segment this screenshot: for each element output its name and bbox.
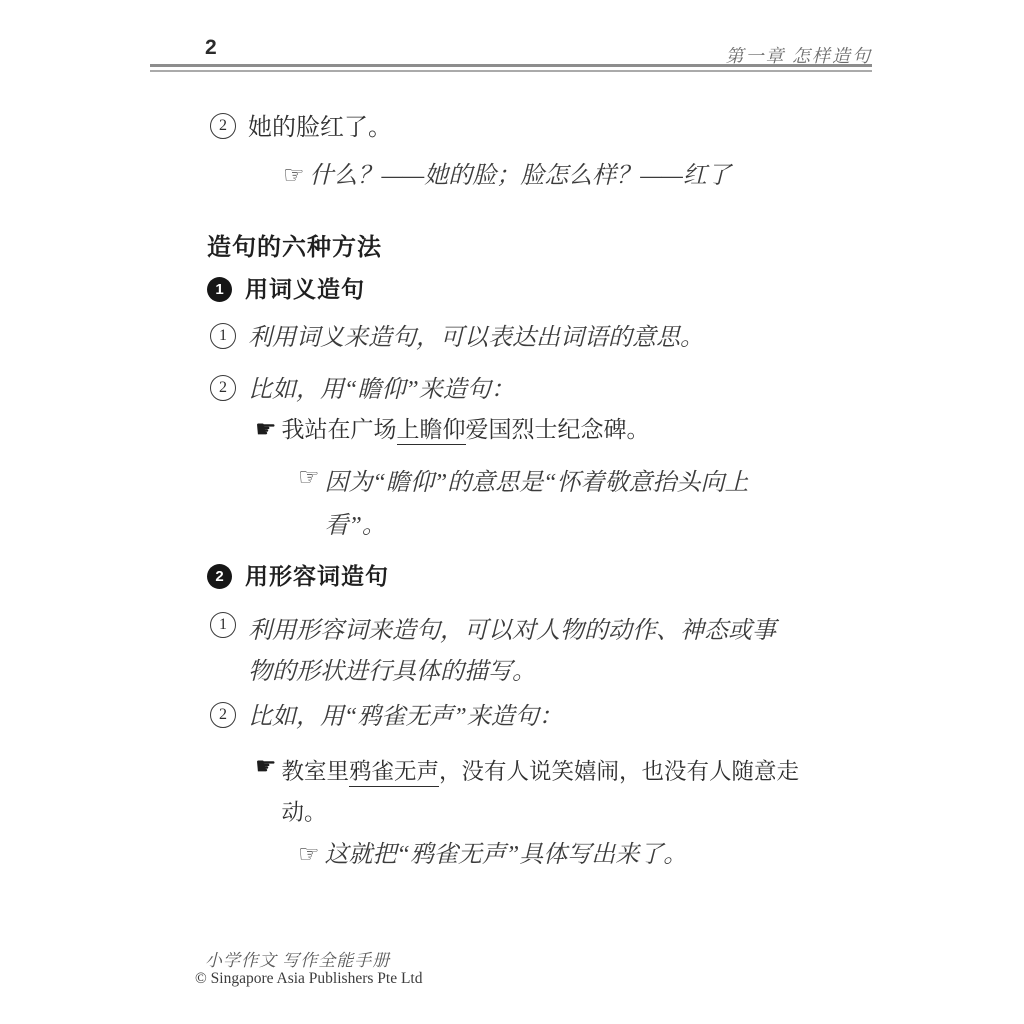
intro-analysis-text: 什么？——她的脸；脸怎么样？——红了 [310, 160, 731, 192]
footer-book-title: 小学作文 写作全能手册 [205, 946, 390, 971]
circled-number-marker: 1 [210, 612, 236, 638]
underlined-phrase: 鸦雀无声 [349, 759, 439, 787]
method2-note-row: ☞ 这就把“鸦雀无声”具体写出来了。 [298, 839, 858, 871]
intro-example-row: 2 她的脸红了。 [210, 112, 830, 144]
section-heading: 造句的六种方法 [207, 227, 382, 262]
book-page: 2 第一章 怎样造句 2 她的脸红了。 ☞ 什么？——她的脸；脸怎么样？——红了… [0, 0, 1024, 1024]
circled-number-marker: 2 [210, 113, 236, 139]
method2-point2-row: 2 比如，用“鸦雀无声”来造句： [210, 701, 820, 733]
method1-example-row: ☛ 我站在广场上瞻仰爱国烈士纪念碑。 [255, 414, 815, 445]
method2-number-badge: 2 [207, 564, 232, 589]
method2-point1-text: 利用形容词来造句，可以对人物的动作、神态或事物的形状进行具体的描写。 [248, 611, 795, 693]
method1-point2-text: 比如，用“瞻仰”来造句： [248, 374, 515, 406]
method2-example-row: ☛ 教室里鸦雀无声，没有人说笑嬉闹，也没有人随意走动。 [255, 751, 815, 833]
method1-point1-row: 1 利用词义来造句，可以表达出词语的意思。 [210, 322, 820, 354]
method2-note-text: 这就把“鸦雀无声”具体写出来了。 [325, 839, 688, 871]
method2-title: 用形容词造句 [245, 563, 389, 590]
footer-copyright: © Singapore Asia Publishers Pte Ltd [195, 970, 422, 988]
method1-point1-text: 利用词义来造句，可以表达出词语的意思。 [248, 322, 704, 354]
underlined-phrase: 上瞻仰 [397, 417, 466, 445]
example-text-post: 爱国烈士纪念碑。 [466, 417, 650, 442]
page-number: 2 [205, 36, 217, 60]
intro-example-sentence: 她的脸红了。 [248, 112, 392, 144]
circled-number-marker: 2 [210, 375, 236, 401]
pointing-hand-solid-icon: ☛ [255, 754, 277, 778]
method1-note-row: ☞ 因为“瞻仰”的意思是“怀着敬意抬头向上看”。 [298, 462, 803, 548]
pointing-hand-outline-icon: ☞ [283, 163, 305, 187]
circled-number-marker: 1 [210, 323, 236, 349]
method1-note-text: 因为“瞻仰”的意思是“怀着敬意抬头向上看”。 [325, 462, 803, 548]
method2-point2-text: 比如，用“鸦雀无声”来造句： [248, 701, 563, 733]
pointing-hand-solid-icon: ☛ [255, 417, 277, 441]
method1-title-row: 1 用词义造句 [207, 276, 707, 303]
circled-number-marker: 2 [210, 702, 236, 728]
method1-example-text: 我站在广场上瞻仰爱国烈士纪念碑。 [282, 414, 650, 445]
example-text-pre: 我站在广场 [282, 417, 397, 442]
example-text-pre: 教室里 [282, 759, 350, 784]
method2-point1-row: 1 利用形容词来造句，可以对人物的动作、神态或事物的形状进行具体的描写。 [210, 611, 795, 693]
method1-point2-row: 2 比如，用“瞻仰”来造句： [210, 374, 820, 406]
pointing-hand-outline-icon: ☞ [298, 465, 320, 489]
header-rule [150, 64, 872, 72]
method1-title: 用词义造句 [245, 276, 365, 303]
intro-analysis-row: ☞ 什么？——她的脸；脸怎么样？——红了 [283, 160, 883, 192]
method2-title-row: 2 用形容词造句 [207, 563, 707, 590]
pointing-hand-outline-icon: ☞ [298, 842, 320, 866]
method2-example-text: 教室里鸦雀无声，没有人说笑嬉闹，也没有人随意走动。 [282, 751, 815, 833]
method1-number-badge: 1 [207, 277, 232, 302]
